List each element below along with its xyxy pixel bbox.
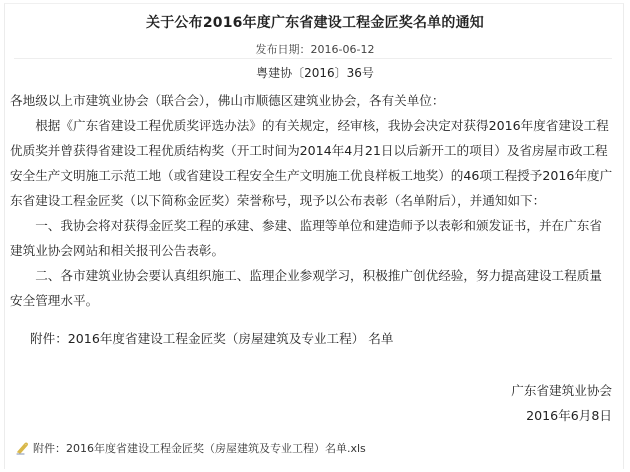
paperclip-icon <box>14 440 30 456</box>
attachment-filename[interactable]: 附件：2016年度省建设工程金匠奖（房屋建筑及专业工程）名单.xls <box>33 440 366 456</box>
salutation: 各地级以上市建筑业协会（联合会），佛山市顺德区建筑业协会，各有关单位： <box>10 88 614 113</box>
header-divider <box>14 58 612 59</box>
publish-date-value: 2016-06-12 <box>311 43 375 56</box>
article-body: 各地级以上市建筑业协会（联合会），佛山市顺德区建筑业协会，各有关单位： 根据《广… <box>10 88 614 313</box>
signature-date: 2016年6月8日 <box>526 405 612 424</box>
publish-date: 发布日期：2016-06-12 <box>0 41 630 57</box>
signature-organization: 广东省建筑业协会 <box>511 380 612 399</box>
paragraph-item-1: 一、我协会将对获得金匠奖工程的承建、参建、监理等单位和建造师予以表彰和颁发证书，… <box>10 213 614 263</box>
article-title: 关于公布2016年度广东省建设工程金匠奖名单的通知 <box>0 12 630 32</box>
attachment-note: 附件：2016年度省建设工程金匠奖（房屋建筑及专业工程） 名单 <box>30 328 394 347</box>
paragraph-item-2: 二、各市建筑业协会要认真组织施工、监理企业参观学习，积极推广创优经验，努力提高建… <box>10 263 614 313</box>
attachment-download-link[interactable]: 附件：2016年度省建设工程金匠奖（房屋建筑及专业工程）名单.xls <box>14 440 366 456</box>
paragraph-intro: 根据《广东省建设工程优质奖评选办法》的有关规定，经审核，我协会决定对获得2016… <box>10 113 614 213</box>
document-number: 粤建协〔2016〕36号 <box>0 64 630 81</box>
publish-date-label: 发布日期： <box>256 43 311 56</box>
